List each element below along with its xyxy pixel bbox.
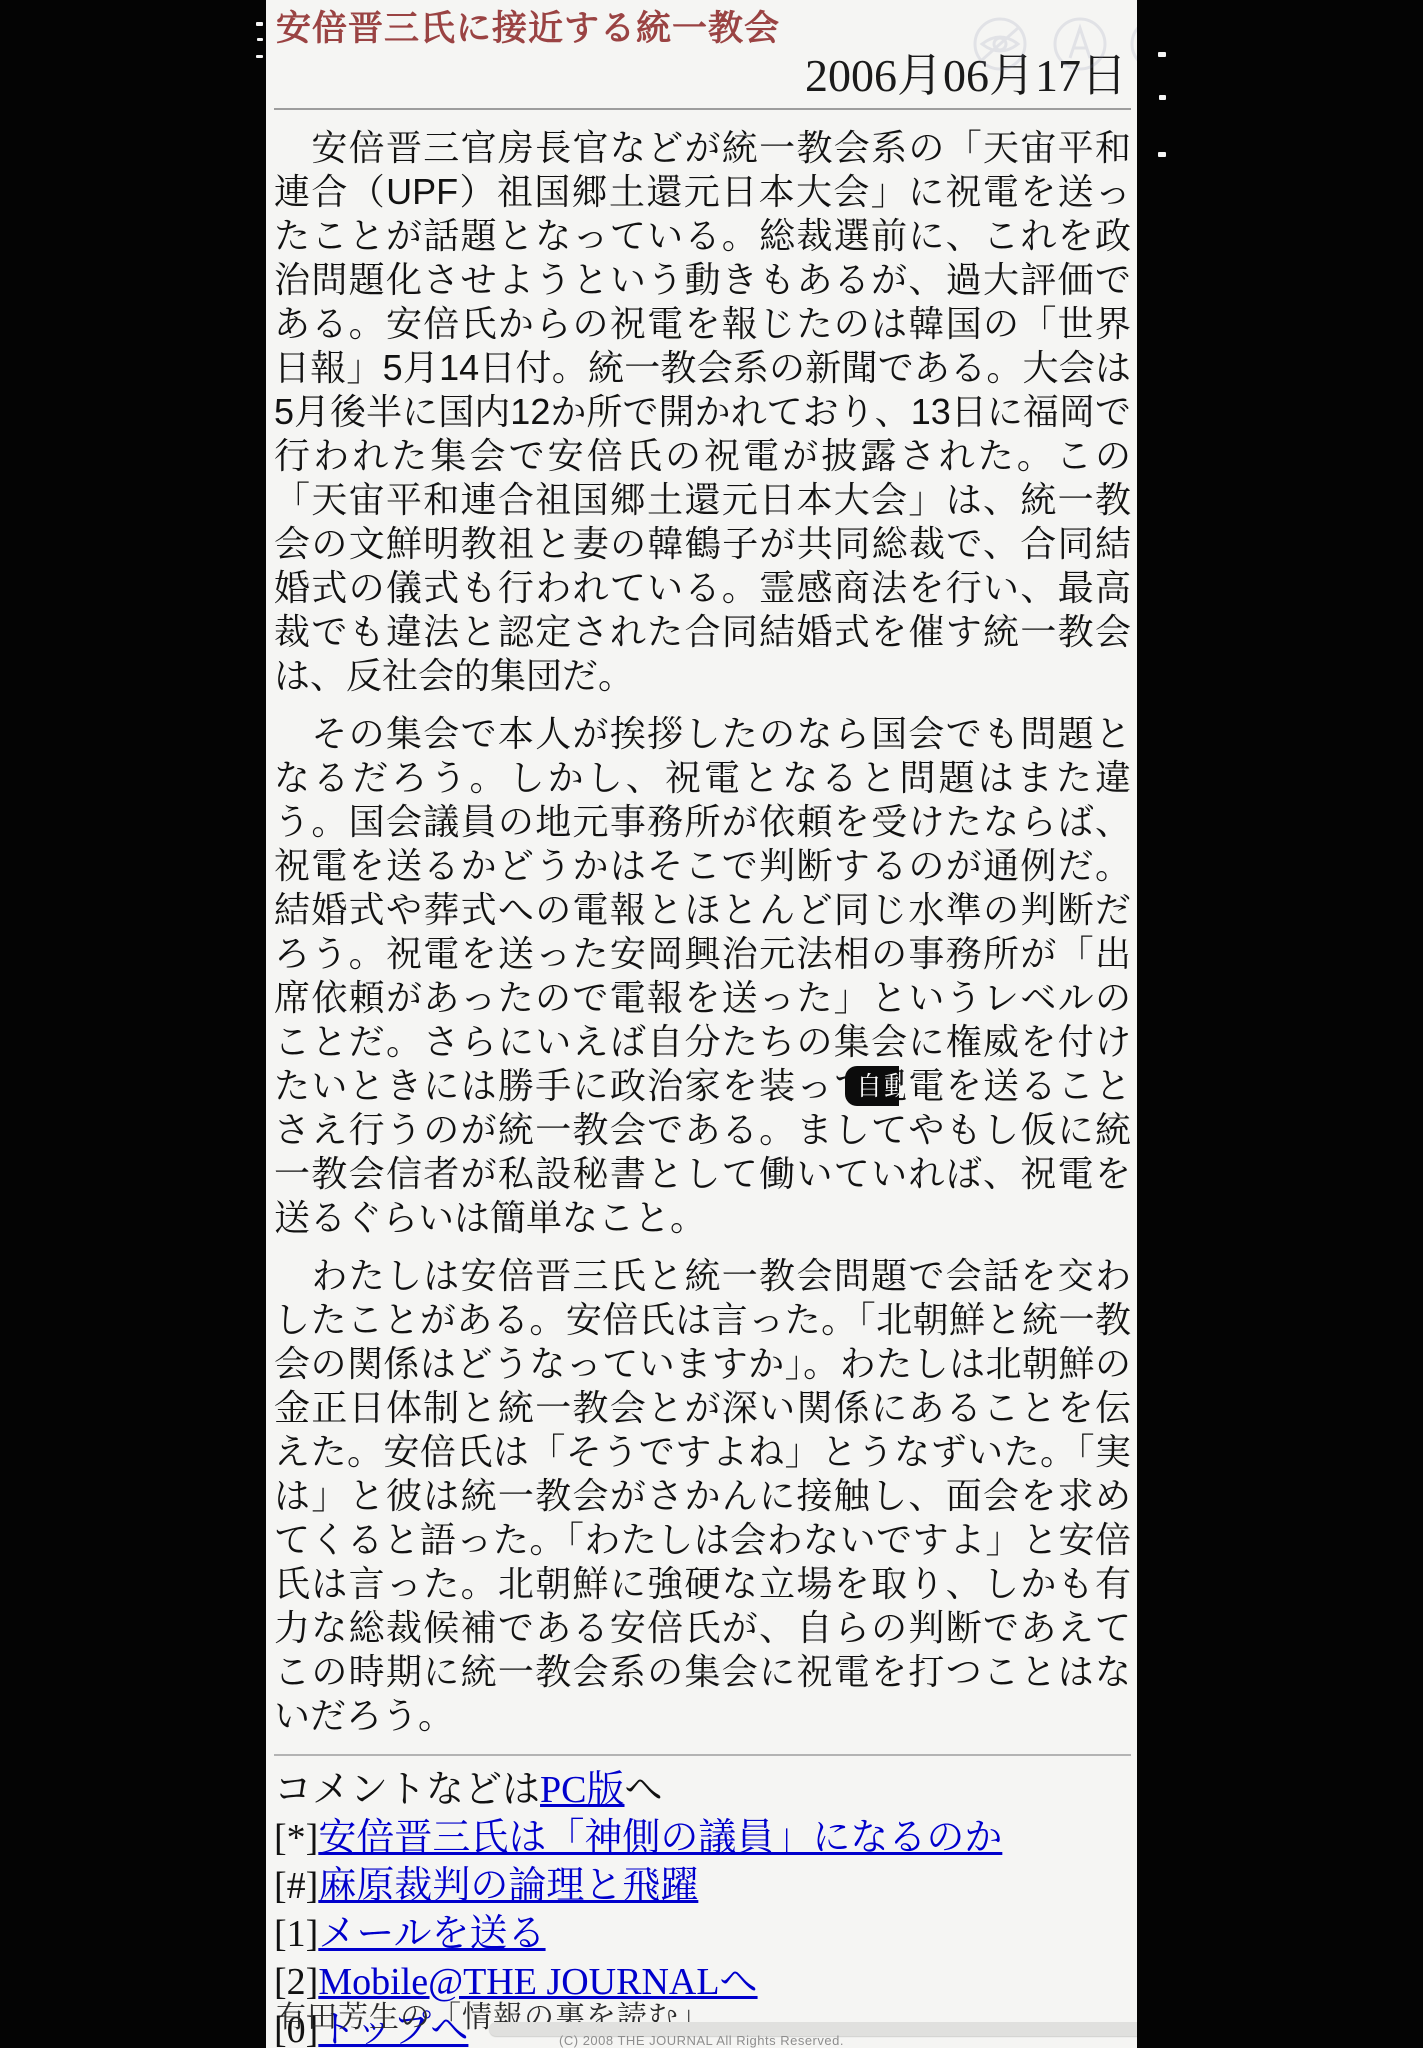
comment-line-suffix: へ	[625, 1769, 663, 1811]
left-black-bar	[0, 0, 266, 2048]
comment-line: コメントなどはPC版へ	[274, 1766, 1131, 1814]
article-body: 安倍晋三官房長官などが統一教会系の「天宙平和連合（UPF）祖国郷土還元日本大会」…	[274, 126, 1131, 1738]
link-prefix: [*]	[274, 1817, 318, 1859]
header-divider	[274, 108, 1131, 110]
right-bar-artifact	[1158, 52, 1166, 57]
hidden-eye-icon	[975, 19, 1025, 69]
pc-version-link[interactable]: PC版	[540, 1769, 624, 1811]
left-bar-artifact	[257, 38, 263, 41]
nav-link-row: [#]麻原裁判の論理と飛躍	[274, 1862, 1131, 1910]
letter-a-icon	[1055, 19, 1105, 69]
copyright-notice: (C) 2008 THE JOURNAL All Rights Reserved…	[266, 2033, 1137, 2048]
left-bar-artifact	[256, 55, 263, 58]
link-prefix: [1]	[274, 1913, 318, 1955]
auto-scroll-badge-label: 自動	[845, 1066, 899, 1106]
page-content: 安倍晋三氏に接近する統一教会 2006月06月17日 安倍晋三官房長官などが統一…	[266, 0, 1137, 2048]
links-divider	[274, 1754, 1131, 1756]
paragraph: 安倍晋三官房長官などが統一教会系の「天宙平和連合（UPF）祖国郷土還元日本大会」…	[274, 126, 1131, 698]
comment-line-prefix: コメントなどは	[274, 1769, 540, 1811]
paragraph: その集会で本人が挨拶したのなら国会でも問題となるだろう。しかし、祝電となると問題…	[274, 712, 1131, 1240]
nav-link-row: [1]メールを送る	[274, 1910, 1131, 1958]
nav-link-row: [*]安倍晋三氏は「神側の議員」になるのか	[274, 1814, 1131, 1862]
nav-link-asahara-article[interactable]: 麻原裁判の論理と飛躍	[318, 1865, 698, 1907]
nav-link-abe-article[interactable]: 安倍晋三氏は「神側の議員」になるのか	[318, 1817, 1002, 1859]
right-bar-artifact	[1158, 152, 1166, 157]
left-bar-artifact	[256, 22, 263, 26]
right-black-bar	[1137, 0, 1423, 2048]
paragraph: わたしは安倍晋三氏と統一教会問題で会話を交わしたことがある。安倍氏は言った。「北…	[274, 1254, 1131, 1738]
nav-link-send-mail[interactable]: メールを送る	[318, 1913, 545, 1955]
right-bar-artifact	[1159, 95, 1166, 100]
auto-scroll-badge-button[interactable]: 自動	[845, 1066, 899, 1106]
link-prefix: [#]	[274, 1865, 318, 1907]
